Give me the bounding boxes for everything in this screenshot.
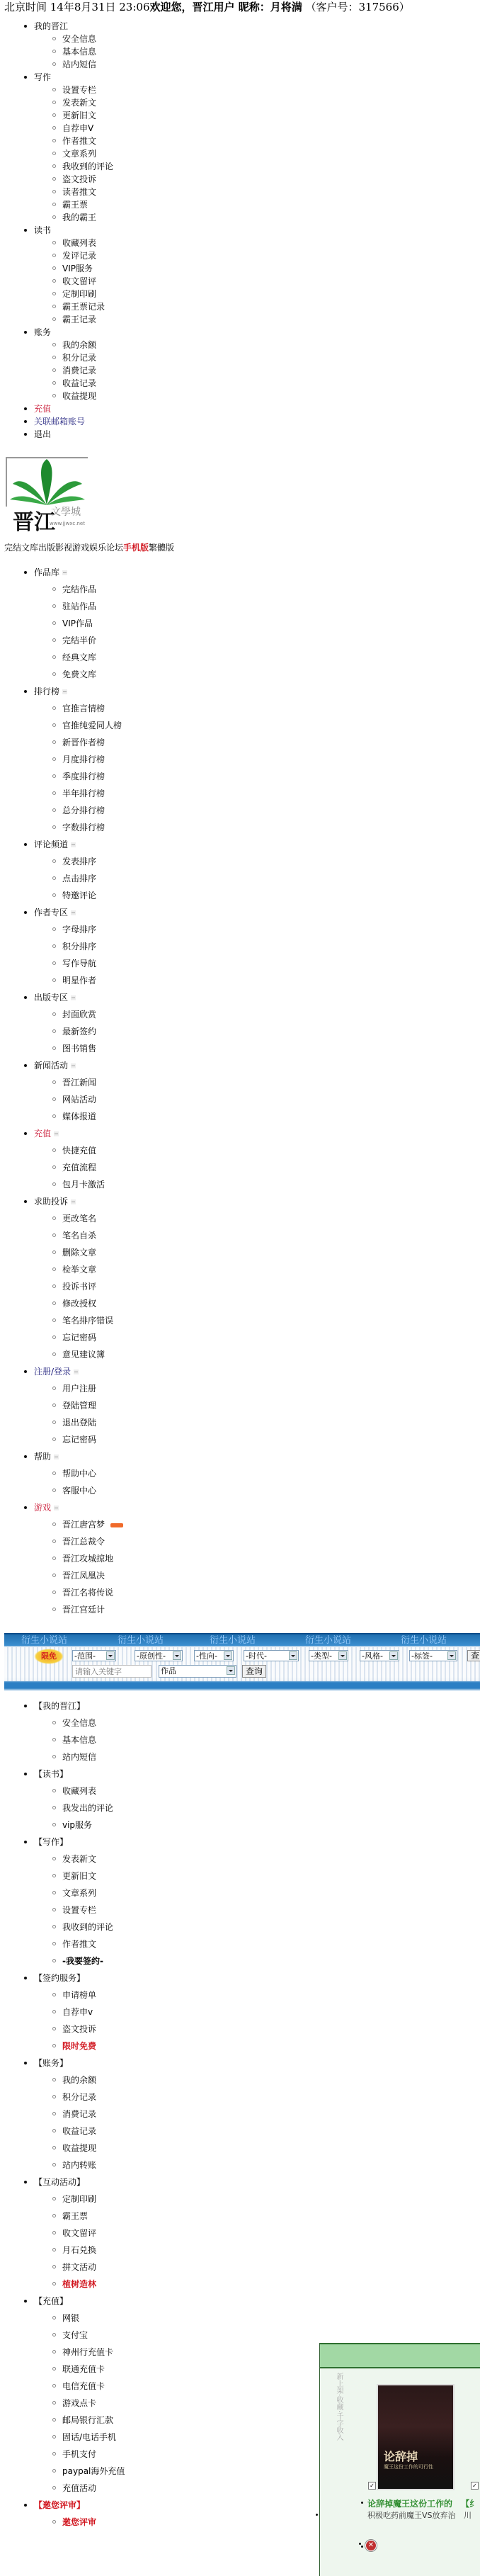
- menu-item[interactable]: 站内短信: [0, 58, 212, 71]
- menu-item-label[interactable]: 电信充值卡: [62, 2381, 105, 2391]
- menu-item[interactable]: 我发出的评论: [0, 1800, 212, 1817]
- menu-item-label[interactable]: 忘记密码: [62, 1333, 96, 1343]
- menu-group-label[interactable]: 写作: [34, 72, 51, 82]
- menu-group-8[interactable]: 注册/登录: [0, 1363, 212, 1380]
- menu-item-label[interactable]: 新晋作者榜: [62, 738, 105, 747]
- menu-item-label[interactable]: 删除文章: [62, 1248, 96, 1258]
- menu-item-label[interactable]: 拼文活动: [62, 2262, 96, 2272]
- menu-item-label[interactable]: 媒体报道: [62, 1112, 96, 1122]
- menu-item[interactable]: 充值流程: [0, 1159, 212, 1176]
- menu-item[interactable]: 游戏点卡: [0, 2395, 212, 2412]
- menu-item-label[interactable]: 基本信息: [62, 47, 96, 57]
- menu-item-label[interactable]: 半年排行榜: [62, 789, 105, 798]
- menu-item[interactable]: 手机支付: [0, 2446, 212, 2463]
- menu-item-label[interactable]: 限时免费: [62, 2041, 96, 2051]
- menu-item-label[interactable]: vip服务: [62, 1820, 92, 1830]
- menu-item-label[interactable]: 经典文库: [62, 653, 96, 662]
- collapse-toggle-icon[interactable]: [54, 1506, 59, 1510]
- menu-item-label[interactable]: 最新签约: [62, 1027, 96, 1036]
- menu-group-label[interactable]: 注册/登录: [34, 1367, 71, 1377]
- menu-item[interactable]: 基本信息: [0, 45, 212, 58]
- menu-item[interactable]: 基本信息: [0, 1732, 212, 1749]
- menu-group-7[interactable]: 求助投诉: [0, 1193, 212, 1210]
- menu-item-label[interactable]: 邀您评审: [62, 2517, 96, 2527]
- filter-scope-select[interactable]: -范围-: [72, 1650, 116, 1661]
- menu-item-label[interactable]: 充值流程: [62, 1163, 96, 1173]
- menu-item-label[interactable]: 霸王票: [62, 200, 88, 210]
- menu-item[interactable]: 帮助中心: [0, 1465, 212, 1482]
- menu-item[interactable]: 霸王票: [0, 2208, 212, 2225]
- menu-item[interactable]: 设置专栏: [0, 1902, 212, 1919]
- menu-item[interactable]: 联通充值卡: [0, 2361, 212, 2378]
- menu-group-5[interactable]: 新闻活动: [0, 1057, 212, 1074]
- menu-item[interactable]: 官推纯爱同人榜: [0, 717, 212, 734]
- menu-item-label[interactable]: 驻站作品: [62, 601, 96, 611]
- menu-item-label[interactable]: 收藏列表: [62, 238, 96, 248]
- menu-item[interactable]: 新晋作者榜: [0, 734, 212, 751]
- menu-item[interactable]: 明星作者: [0, 972, 212, 989]
- menu-group-label[interactable]: 求助投诉: [34, 1197, 68, 1207]
- menu-item-label[interactable]: 作者推文: [62, 136, 96, 146]
- menu-item-label[interactable]: 文章系列: [62, 1888, 96, 1898]
- menu-item[interactable]: 安全信息: [0, 33, 212, 45]
- menu-item-label[interactable]: 我的霸王: [62, 213, 96, 222]
- menu-item[interactable]: 邮局银行汇款: [0, 2412, 212, 2429]
- filter-type-select[interactable]: -类型-: [309, 1650, 348, 1661]
- menu-group-label[interactable]: 【互动活动】: [34, 2177, 85, 2187]
- menu-item-label[interactable]: 月石兑换: [62, 2245, 96, 2255]
- menu-item-label[interactable]: 图书销售: [62, 1044, 96, 1053]
- menu-item-label[interactable]: 意见建议簿: [62, 1350, 105, 1360]
- menu-item[interactable]: 晋江名将传说: [0, 1584, 212, 1601]
- menu-item-label[interactable]: 收藏列表: [62, 1786, 96, 1796]
- menu-item-label[interactable]: 检举文章: [62, 1265, 96, 1275]
- menu-item[interactable]: 积分排序: [0, 938, 212, 955]
- menu-item[interactable]: 收益记录: [0, 377, 212, 390]
- menu-item[interactable]: 删除文章: [0, 1244, 212, 1261]
- menu-item[interactable]: 晋江凤凰决: [0, 1567, 212, 1584]
- menu-item[interactable]: paypal海外充值: [0, 2463, 212, 2480]
- menu-item-label[interactable]: 月度排行榜: [62, 755, 105, 764]
- menu-item[interactable]: 月石兑换: [0, 2242, 212, 2259]
- menu-item[interactable]: 点击排序: [0, 870, 212, 887]
- menu-group-label[interactable]: 账务: [34, 327, 51, 337]
- menu-item[interactable]: 季度排行榜: [0, 768, 212, 785]
- menu-item-label[interactable]: 定制印刷: [62, 2194, 96, 2204]
- filter-tag-select[interactable]: -标签-: [409, 1650, 457, 1661]
- filter-style-select[interactable]: -风格-: [360, 1650, 399, 1661]
- menu-item[interactable]: 更新旧文: [0, 1868, 212, 1885]
- menu-item-label[interactable]: 发评记录: [62, 251, 96, 261]
- menu-item[interactable]: 读者推文: [0, 186, 212, 198]
- menu-item-label[interactable]: VIP作品: [62, 618, 93, 628]
- menu-item[interactable]: 霸王票: [0, 198, 212, 211]
- menu-item[interactable]: 收益提现: [0, 390, 212, 402]
- menu-item[interactable]: 申请榜单: [0, 1987, 212, 2004]
- menu-group-label[interactable]: 【签约服务】: [34, 1973, 85, 1983]
- menu-group-2[interactable]: 评论频道: [0, 836, 212, 853]
- menu-item[interactable]: 收藏列表: [0, 237, 212, 249]
- menu-group-label[interactable]: 游戏: [34, 1503, 51, 1513]
- menu-item[interactable]: 消费记录: [0, 2106, 212, 2123]
- menu-item-label[interactable]: 游戏点卡: [62, 2398, 96, 2408]
- menu-item-label[interactable]: 修改授权: [62, 1299, 96, 1309]
- menu-item[interactable]: 退出登陆: [0, 1414, 212, 1431]
- menu-group-2[interactable]: 读书: [0, 224, 212, 237]
- menu-item-label[interactable]: 忘记密码: [62, 1435, 96, 1445]
- menu-item-label[interactable]: 读者推文: [62, 187, 96, 197]
- book-cover-image[interactable]: 论辞掉 魔王这份工作的可行性: [377, 2384, 455, 2490]
- menu-item[interactable]: 免费文库: [0, 666, 212, 683]
- menu-item[interactable]: 发表新文: [0, 1851, 212, 1868]
- menu-item-label[interactable]: 盗文投诉: [62, 174, 96, 184]
- collapse-toggle-icon[interactable]: [71, 1199, 76, 1204]
- menu-item[interactable]: 植树造林: [0, 2276, 212, 2293]
- menu-item-label[interactable]: 植树造林: [62, 2279, 96, 2289]
- menu-item-label[interactable]: 积分记录: [62, 353, 96, 363]
- menu-item-label[interactable]: 晋江宫廷计: [62, 1605, 105, 1615]
- menu-item[interactable]: 检举文章: [0, 1261, 212, 1278]
- menu-item-label[interactable]: 我收到的评论: [62, 162, 113, 171]
- menu-group-0[interactable]: 【我的晋江】: [0, 1697, 212, 1714]
- menu-item-label[interactable]: 更新旧文: [62, 111, 96, 120]
- menu-group-2[interactable]: 【写作】: [0, 1834, 212, 1851]
- menu-item-label[interactable]: 文章系列: [62, 149, 96, 159]
- menu-item[interactable]: 收文留评: [0, 275, 212, 288]
- menu-item-label[interactable]: 消费记录: [62, 2109, 96, 2119]
- menu-group-label[interactable]: 退出: [34, 429, 51, 439]
- menu-item-label[interactable]: 站内短信: [62, 1752, 96, 1762]
- menu-item[interactable]: 半年排行榜: [0, 785, 212, 802]
- filter-orientation-select[interactable]: -性向-: [194, 1650, 234, 1661]
- menu-item[interactable]: 经典文库: [0, 649, 212, 666]
- menu-item[interactable]: 更改笔名: [0, 1210, 212, 1227]
- menu-group-4[interactable]: 充值: [0, 402, 212, 415]
- menu-item[interactable]: 投诉书评: [0, 1278, 212, 1295]
- menu-item-label[interactable]: 我收到的评论: [62, 1922, 113, 1932]
- menu-item-label[interactable]: 明星作者: [62, 976, 96, 985]
- menu-item-label[interactable]: 笔名自杀: [62, 1231, 96, 1241]
- menu-item-label[interactable]: 自荐申v: [62, 2007, 93, 2017]
- menu-item-label[interactable]: paypal海外充值: [62, 2466, 125, 2476]
- menu-group-label[interactable]: 评论频道: [34, 840, 68, 849]
- menu-item-label[interactable]: 完结半价: [62, 635, 96, 645]
- menu-item-label[interactable]: 霸王记录: [62, 315, 96, 324]
- menu-item-label[interactable]: 站内转账: [62, 2160, 96, 2170]
- menu-item[interactable]: 积分记录: [0, 2089, 212, 2106]
- menu-item[interactable]: -我要签约-: [0, 1953, 212, 1970]
- menu-item[interactable]: 晋江新闻: [0, 1074, 212, 1091]
- menu-item-label[interactable]: 写作导航: [62, 959, 96, 968]
- menu-item[interactable]: 盗文投诉: [0, 2021, 212, 2038]
- menu-item-label[interactable]: 官推纯爱同人榜: [62, 721, 122, 730]
- menu-group-label[interactable]: 排行榜: [34, 687, 59, 696]
- collapse-toggle-icon[interactable]: [62, 570, 67, 575]
- collapse-toggle-icon[interactable]: [54, 1131, 59, 1136]
- menu-group-3[interactable]: 【签约服务】: [0, 1970, 212, 1987]
- menu-item[interactable]: 用户注册: [0, 1380, 212, 1397]
- menu-item-label[interactable]: 霸王票: [62, 2211, 88, 2221]
- menu-item[interactable]: 积分记录: [0, 351, 212, 364]
- menu-item[interactable]: 我的余额: [0, 2072, 212, 2089]
- collapse-toggle-icon[interactable]: [54, 1454, 59, 1459]
- menu-item[interactable]: 固话/电话手机: [0, 2429, 212, 2446]
- menu-group-label[interactable]: 我的晋江: [34, 21, 68, 31]
- menu-item-label[interactable]: 我的余额: [62, 2075, 96, 2085]
- menu-item-label[interactable]: 我的余额: [62, 340, 96, 350]
- menu-group-4[interactable]: 【账务】: [0, 2055, 212, 2072]
- menu-group-label[interactable]: 作品库: [34, 567, 59, 577]
- menu-item-label[interactable]: 积分记录: [62, 2092, 96, 2102]
- menu-group-6[interactable]: 退出: [0, 428, 212, 441]
- search-type-select[interactable]: 作品: [159, 1665, 236, 1678]
- menu-item-label[interactable]: 晋江凤凰决: [62, 1571, 105, 1581]
- menu-group-label[interactable]: 帮助: [34, 1452, 51, 1462]
- menu-item[interactable]: 我收到的评论: [0, 160, 212, 173]
- keyword-search-input[interactable]: [72, 1665, 152, 1678]
- mobile-version-link[interactable]: 手机版: [123, 543, 149, 553]
- menu-group-label[interactable]: 【邀您评审】: [34, 2500, 85, 2510]
- menu-item[interactable]: 发评记录: [0, 249, 212, 262]
- book-title-link[interactable]: 论辞掉魔王这份工作的 【纟: [367, 2497, 478, 2509]
- menu-item-label[interactable]: 用户注册: [62, 1384, 96, 1394]
- menu-group-6[interactable]: 充值: [0, 1125, 212, 1142]
- menu-item[interactable]: 快捷充值: [0, 1142, 212, 1159]
- menu-item-label[interactable]: -我要签约-: [62, 1956, 103, 1966]
- menu-item-label[interactable]: 安全信息: [62, 1718, 96, 1728]
- menu-group-10[interactable]: 游戏: [0, 1499, 212, 1516]
- menu-item-label[interactable]: 邮局银行汇款: [62, 2415, 113, 2425]
- menu-item[interactable]: VIP服务: [0, 262, 212, 275]
- menu-item[interactable]: 特邀评论: [0, 887, 212, 904]
- menu-item[interactable]: 总分排行榜: [0, 802, 212, 819]
- menu-item[interactable]: 作者推文: [0, 135, 212, 147]
- menu-item-label[interactable]: 包月卡激活: [62, 1180, 105, 1190]
- menu-item[interactable]: 电信充值卡: [0, 2378, 212, 2395]
- menu-group-3[interactable]: 作者专区: [0, 904, 212, 921]
- menu-item[interactable]: 忘记密码: [0, 1329, 212, 1346]
- menu-item[interactable]: 站内转账: [0, 2157, 212, 2174]
- menu-item-label[interactable]: 安全信息: [62, 34, 96, 44]
- menu-item-label[interactable]: 更新旧文: [62, 1871, 96, 1881]
- menu-item[interactable]: 登陆管理: [0, 1397, 212, 1414]
- menu-item-label[interactable]: 定制印刷: [62, 289, 96, 299]
- menu-item[interactable]: 修改授权: [0, 1295, 212, 1312]
- menu-group-label[interactable]: 【读书】: [34, 1769, 68, 1779]
- menu-item-label[interactable]: 积分排序: [62, 942, 96, 951]
- menu-group-label[interactable]: 【写作】: [34, 1837, 68, 1847]
- collapse-toggle-icon[interactable]: [71, 910, 76, 915]
- menu-item-label[interactable]: VIP服务: [62, 264, 93, 273]
- menu-item[interactable]: 忘记密码: [0, 1431, 212, 1448]
- menu-group-label[interactable]: 充值: [34, 404, 51, 414]
- menu-item[interactable]: 图书销售: [0, 1040, 212, 1057]
- menu-item[interactable]: 笔名排序错误: [0, 1312, 212, 1329]
- menu-item-label[interactable]: 基本信息: [62, 1735, 96, 1745]
- menu-item-label[interactable]: 收益提现: [62, 391, 96, 401]
- menu-item[interactable]: VIP作品: [0, 615, 212, 632]
- menu-item[interactable]: 完结作品: [0, 581, 212, 598]
- menu-item-label[interactable]: 手机支付: [62, 2449, 96, 2459]
- menu-item-label[interactable]: 点击排序: [62, 874, 96, 883]
- menu-group-0[interactable]: 我的晋江: [0, 20, 212, 33]
- menu-item-label[interactable]: 自荐申V: [62, 123, 93, 133]
- menu-item-label[interactable]: 霸王票记录: [62, 302, 105, 312]
- menu-item[interactable]: 月度排行榜: [0, 751, 212, 768]
- menu-item-label[interactable]: 支付宝: [62, 2330, 88, 2340]
- menu-item-label[interactable]: 发表新文: [62, 98, 96, 108]
- menu-item-label[interactable]: 总分排行榜: [62, 806, 105, 815]
- menu-item-label[interactable]: 特邀评论: [62, 891, 96, 900]
- menu-item-label[interactable]: 更改笔名: [62, 1214, 96, 1224]
- menu-item[interactable]: 收藏列表: [0, 1783, 212, 1800]
- menu-item-label[interactable]: 申请榜单: [62, 1990, 96, 2000]
- menu-item[interactable]: 盗文投诉: [0, 173, 212, 186]
- menu-item[interactable]: 晋江攻城掠地: [0, 1550, 212, 1567]
- menu-group-1[interactable]: 排行榜: [0, 683, 212, 700]
- menu-item[interactable]: 自荐申V: [0, 122, 212, 135]
- menu-item-label[interactable]: 收益记录: [62, 378, 96, 388]
- menu-item[interactable]: 发表排序: [0, 853, 212, 870]
- menu-item[interactable]: 安全信息: [0, 1714, 212, 1732]
- menu-item-label[interactable]: 充值活动: [62, 2483, 96, 2493]
- close-icon[interactable]: ✕: [365, 2540, 377, 2551]
- menu-group-1[interactable]: 【读书】: [0, 1766, 212, 1783]
- menu-item[interactable]: 包月卡激活: [0, 1176, 212, 1193]
- menu-item[interactable]: 写作导航: [0, 955, 212, 972]
- menu-item-label[interactable]: 季度排行榜: [62, 772, 105, 781]
- menu-item[interactable]: 官推言情榜: [0, 700, 212, 717]
- menu-item-label[interactable]: 设置专栏: [62, 85, 96, 95]
- menu-item[interactable]: 站内短信: [0, 1749, 212, 1766]
- menu-item-label[interactable]: 晋江名将传说: [62, 1588, 113, 1598]
- menu-item[interactable]: 邀您评审: [0, 2514, 212, 2531]
- menu-item[interactable]: 霸王票记录: [0, 300, 212, 313]
- menu-item[interactable]: 我收到的评论: [0, 1919, 212, 1936]
- collapse-toggle-icon[interactable]: [74, 1369, 79, 1374]
- menu-item[interactable]: 定制印刷: [0, 2191, 212, 2208]
- menu-group-5[interactable]: 关联邮箱账号: [0, 415, 212, 428]
- menu-item-label[interactable]: 晋江唐宫梦: [62, 1520, 105, 1530]
- menu-group-label[interactable]: 【充值】: [34, 2296, 68, 2306]
- menu-item[interactable]: 发表新文: [0, 96, 212, 109]
- collapse-toggle-icon[interactable]: [62, 689, 67, 694]
- menu-item-label[interactable]: 收文留评: [62, 2228, 96, 2238]
- menu-group-6[interactable]: 【充值】: [0, 2293, 212, 2310]
- menu-item[interactable]: 字母排序: [0, 921, 212, 938]
- filter-era-select[interactable]: -时代-: [244, 1650, 299, 1661]
- menu-item-label[interactable]: 站内短信: [62, 60, 96, 69]
- menu-group-0[interactable]: 作品库: [0, 564, 212, 581]
- menu-item[interactable]: 文章系列: [0, 1885, 212, 1902]
- menu-group-label[interactable]: 出版专区: [34, 993, 68, 1002]
- menu-item-label[interactable]: 快捷充值: [62, 1146, 96, 1156]
- free-limited-badge[interactable]: 限免: [34, 1649, 64, 1664]
- menu-item-label[interactable]: 网银: [62, 2313, 79, 2323]
- menu-item[interactable]: 充值活动: [0, 2480, 212, 2497]
- menu-item-label[interactable]: 设置专栏: [62, 1905, 96, 1915]
- menu-item[interactable]: 完结半价: [0, 632, 212, 649]
- menu-item-label[interactable]: 封面欣赏: [62, 1010, 96, 1019]
- collapse-toggle-icon[interactable]: [71, 995, 76, 1000]
- menu-group-3[interactable]: 账务: [0, 326, 212, 339]
- menu-item[interactable]: 收文留评: [0, 2225, 212, 2242]
- menu-item-label[interactable]: 发表排序: [62, 857, 96, 866]
- menu-group-7[interactable]: 【邀您评审】: [0, 2497, 212, 2514]
- menu-group-5[interactable]: 【互动活动】: [0, 2174, 212, 2191]
- menu-item[interactable]: 我的霸王: [0, 211, 212, 224]
- menu-item[interactable]: 收益记录: [0, 2123, 212, 2140]
- filter-query-button[interactable]: 查: [467, 1650, 480, 1661]
- menu-item-label[interactable]: 发表新文: [62, 1854, 96, 1864]
- menu-group-label[interactable]: 关联邮箱账号: [34, 417, 85, 426]
- menu-item-label[interactable]: 联通充值卡: [62, 2364, 105, 2374]
- menu-item[interactable]: 收益提现: [0, 2140, 212, 2157]
- query-button[interactable]: 查询: [242, 1665, 266, 1678]
- menu-item[interactable]: 晋江唐宫梦: [0, 1516, 212, 1533]
- menu-item[interactable]: 拼文活动: [0, 2259, 212, 2276]
- menu-item[interactable]: 最新签约: [0, 1023, 212, 1040]
- menu-item-label[interactable]: 字母排序: [62, 925, 96, 934]
- menu-item[interactable]: 封面欣赏: [0, 1006, 212, 1023]
- menu-item-label[interactable]: 盗文投诉: [62, 2024, 96, 2034]
- menu-item[interactable]: 神州行充值卡: [0, 2344, 212, 2361]
- menu-group-label[interactable]: 读书: [34, 225, 51, 235]
- menu-item-label[interactable]: 神州行充值卡: [62, 2347, 113, 2357]
- menu-item[interactable]: 媒体报道: [0, 1108, 212, 1125]
- menu-item[interactable]: 客服中心: [0, 1482, 212, 1499]
- menu-item-label[interactable]: 字数排行榜: [62, 823, 105, 832]
- menu-item-label[interactable]: 收文留评: [62, 276, 96, 286]
- menu-item-label[interactable]: 登陆管理: [62, 1401, 96, 1411]
- menu-item-label[interactable]: 退出登陆: [62, 1418, 96, 1428]
- filter-originality-select[interactable]: -原创性-: [135, 1650, 183, 1661]
- menu-item-label[interactable]: 网站活动: [62, 1095, 96, 1105]
- nav-links-text[interactable]: 完结文库出版影视游戏娱乐论坛: [4, 543, 123, 553]
- menu-group-label[interactable]: 充值: [34, 1129, 51, 1139]
- menu-item[interactable]: 支付宝: [0, 2327, 212, 2344]
- menu-item-label[interactable]: 完结作品: [62, 584, 96, 594]
- menu-item[interactable]: 意见建议簿: [0, 1346, 212, 1363]
- menu-item-label[interactable]: 晋江新闻: [62, 1078, 96, 1088]
- jjwxc-logo[interactable]: 文學城 www.jjwxc.net 晋江: [6, 456, 89, 532]
- menu-item[interactable]: vip服务: [0, 1817, 212, 1834]
- menu-item-label[interactable]: 我发出的评论: [62, 1803, 113, 1813]
- menu-item[interactable]: 更新旧文: [0, 109, 212, 122]
- menu-item-label[interactable]: 帮助中心: [62, 1469, 96, 1479]
- menu-item-label[interactable]: 收益提现: [62, 2143, 96, 2153]
- menu-item[interactable]: 作者推文: [0, 1936, 212, 1953]
- menu-item[interactable]: 字数排行榜: [0, 819, 212, 836]
- menu-item[interactable]: 自荐申v: [0, 2004, 212, 2021]
- menu-item[interactable]: 驻站作品: [0, 598, 212, 615]
- menu-item[interactable]: 晋江总裁令: [0, 1533, 212, 1550]
- menu-item[interactable]: 晋江宫廷计: [0, 1601, 212, 1618]
- collapse-toggle-icon[interactable]: [71, 842, 76, 847]
- menu-item[interactable]: 消费记录: [0, 364, 212, 377]
- menu-group-9[interactable]: 帮助: [0, 1448, 212, 1465]
- menu-group-label[interactable]: 作者专区: [34, 908, 68, 917]
- menu-item-label[interactable]: 官推言情榜: [62, 704, 105, 713]
- menu-item-label[interactable]: 消费记录: [62, 366, 96, 375]
- menu-item-label[interactable]: 晋江攻城掠地: [62, 1554, 113, 1564]
- menu-item-label[interactable]: 客服中心: [62, 1486, 96, 1496]
- menu-item-label[interactable]: 投诉书评: [62, 1282, 96, 1292]
- menu-group-1[interactable]: 写作: [0, 71, 212, 84]
- menu-item[interactable]: 定制印刷: [0, 288, 212, 300]
- menu-item-label[interactable]: 收益记录: [62, 2126, 96, 2136]
- traditional-version-link[interactable]: 繁體版: [149, 543, 174, 553]
